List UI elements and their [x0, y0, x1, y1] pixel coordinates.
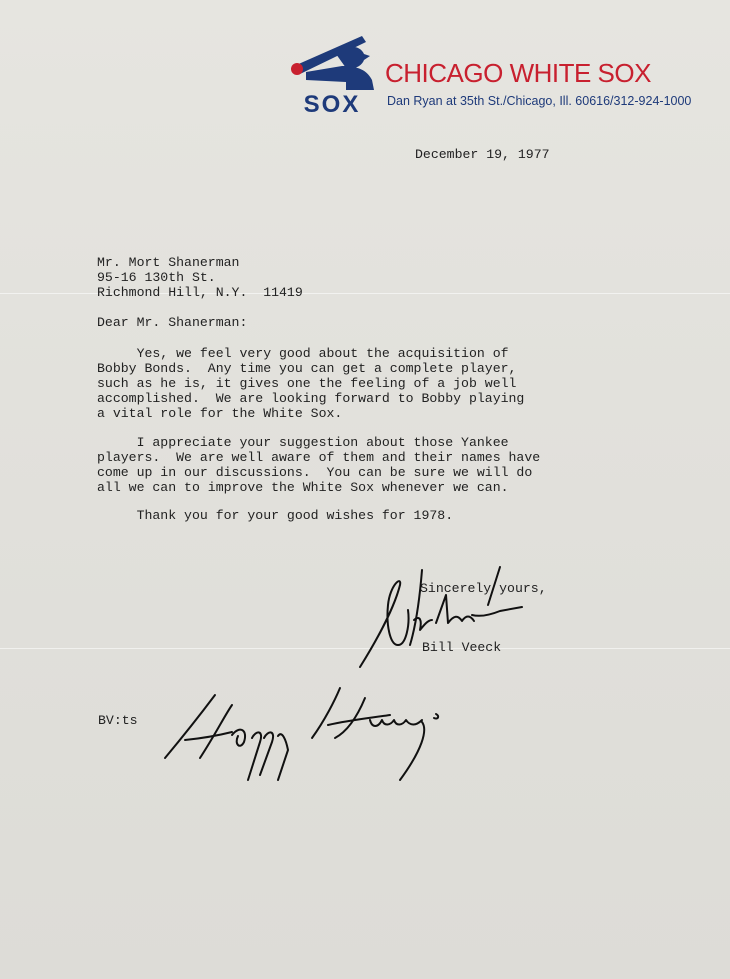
paragraph-line: Bobby Bonds. Any time you can get a comp…	[97, 361, 516, 377]
recipient-street: 95-16 130th St.	[97, 270, 216, 286]
typist-initials: BV:ts	[98, 713, 138, 729]
letter-paper: SOX CHICAGO WHITE SOX Dan Ryan at 35th S…	[0, 0, 730, 979]
salutation: Dear Mr. Shanerman:	[97, 315, 247, 331]
paragraph-line: come up in our discussions. You can be s…	[97, 465, 532, 481]
paragraph-line: players. We are well aware of them and t…	[97, 450, 540, 466]
happy-holidays-handwritten-icon	[160, 680, 450, 790]
recipient-name: Mr. Mort Shanerman	[97, 255, 239, 271]
paragraph-line: such as he is, it gives one the feeling …	[97, 376, 516, 392]
paragraph-line: all we can to improve the White Sox when…	[97, 480, 509, 496]
svg-text:SOX: SOX	[304, 91, 361, 114]
paragraph-line: Yes, we feel very good about the acquisi…	[97, 346, 509, 362]
letter-date: December 19, 1977	[415, 147, 550, 163]
paragraph-line: Thank you for your good wishes for 1978.	[97, 508, 453, 524]
paragraph-line: a vital role for the White Sox.	[97, 406, 342, 422]
team-name: CHICAGO WHITE SOX	[385, 58, 651, 89]
white-sox-batter-logo-icon: SOX	[284, 32, 380, 114]
letterhead-address: Dan Ryan at 35th St./Chicago, Ill. 60616…	[387, 94, 691, 108]
paragraph-line: accomplished. We are looking forward to …	[97, 391, 524, 407]
recipient-city: Richmond Hill, N.Y. 11419	[97, 285, 303, 301]
paragraph-line: I appreciate your suggestion about those…	[97, 435, 509, 451]
bill-veeck-signature-icon	[350, 565, 560, 675]
